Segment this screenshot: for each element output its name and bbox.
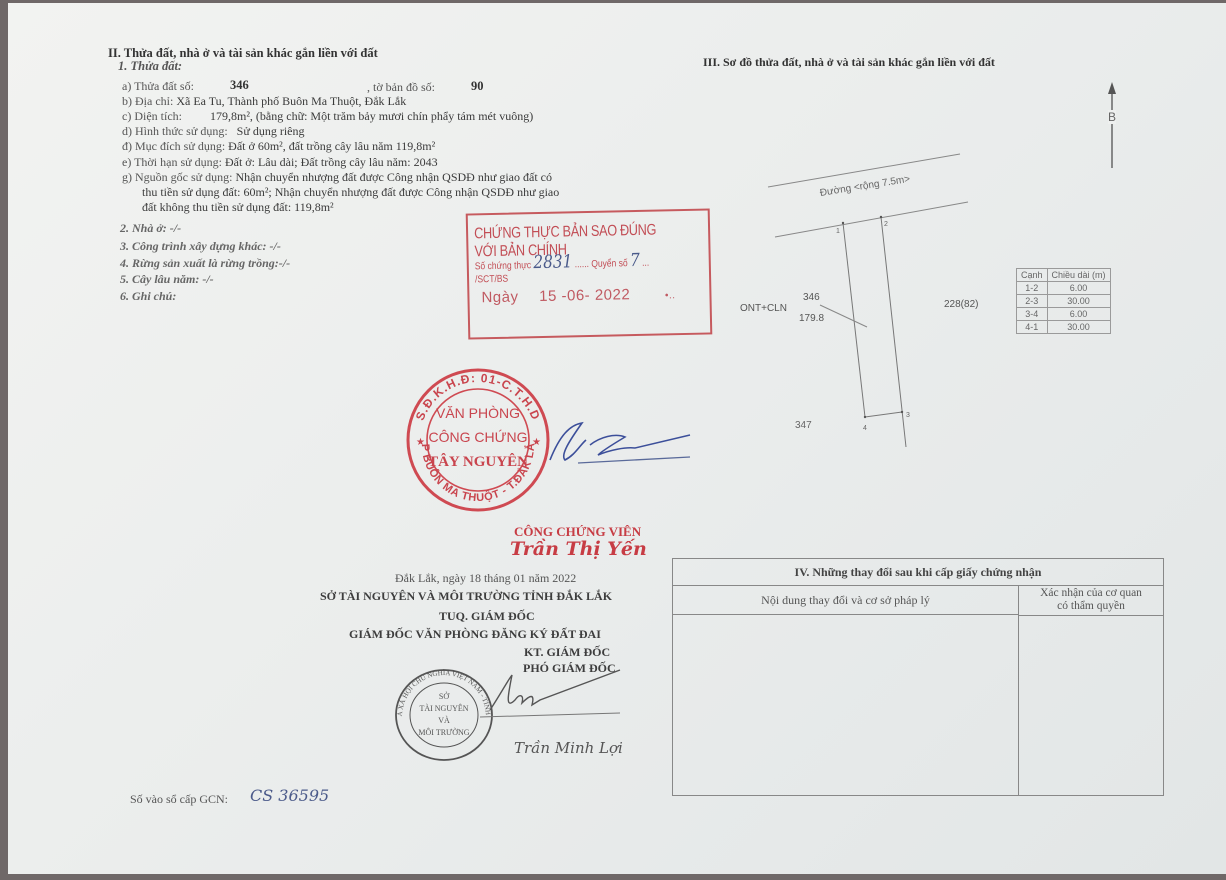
edge-table-header: CạnhChiều dài (m) <box>1017 269 1111 282</box>
area-row: c) Diện tích:179,8m², (bằng chữ: Một tră… <box>122 109 533 124</box>
edge-length-table: CạnhChiều dài (m) 1-26.00 2-330.00 3-46.… <box>1016 268 1111 334</box>
area-value: 179,8m², (bằng chữ: Một trăm bảy mươi ch… <box>210 109 533 123</box>
edge-table-row: 4-130.00 <box>1017 321 1111 334</box>
map-sheet-number: 90 <box>471 79 484 94</box>
purpose-row: đ) Mục đích sử dụng: Đất ở 60m², đất trồ… <box>122 139 435 154</box>
svg-text:★: ★ <box>416 437 425 448</box>
area-label: c) Diện tích: <box>122 109 182 123</box>
certification-number: 2831 <box>533 251 572 273</box>
neighbor-east-parcel: 228(82) <box>944 299 978 310</box>
item-notes: 6. Ghi chú: <box>120 289 176 304</box>
origin-line-2: thu tiền sử dụng đất: 60m²; Nhận chuyển … <box>142 185 559 200</box>
issuing-organization: SỞ TÀI NGUYÊN VÀ MÔI TRƯỜNG TỈNH ĐẮK LẮK <box>320 589 612 604</box>
origin-line-3: đất không thu tiền sử dụng đất: 119,8m² <box>142 200 334 215</box>
book-suffix: /SCT/BS <box>475 274 508 286</box>
north-arrow-icon <box>1100 80 1130 170</box>
parcel-number: 346 <box>230 78 249 93</box>
origin-label: g) Nguồn gốc sử dụng: <box>122 170 233 184</box>
diagram-parcel-number: 346 <box>803 292 820 303</box>
map-sheet-label: , tờ bản đồ số: <box>367 80 435 95</box>
changes-column-confirmation: Xác nhận của cơ quan có thẩm quyền <box>1019 586 1163 616</box>
changes-table: IV. Những thay đổi sau khi cấp giấy chứn… <box>672 558 1164 796</box>
usage-form-row: d) Hình thức sử dụng: Sử dụng riêng <box>122 124 305 139</box>
notary-signature <box>540 415 700 475</box>
deputy-name: Trần Minh Lợi <box>514 739 623 757</box>
address-label: b) Địa chỉ: <box>122 94 173 108</box>
neighbor-south-parcel: 347 <box>795 420 812 431</box>
section-4-title: IV. Những thay đổi sau khi cấp giấy chứn… <box>673 559 1163 586</box>
book-number: 7 <box>630 250 640 271</box>
changes-column-content: Nội dung thay đổi và cơ sở pháp lý <box>673 586 1019 615</box>
certification-date-row: Ngày 15 -06- 2022 •.. <box>481 285 675 306</box>
usage-form-label: d) Hình thức sử dụng: <box>122 124 228 138</box>
address-row: b) Địa chỉ: Xã Ea Tu, Thành phố Buôn Ma … <box>122 94 406 109</box>
issuance-date: Đắk Lắk, ngày 18 tháng 01 năm 2022 <box>395 571 576 586</box>
svg-text:SỞ: SỞ <box>439 691 450 701</box>
notary-seal-line-3: TÂY NGUYÊN <box>428 453 528 470</box>
parcel-label: a) Thửa đất số: <box>122 79 194 94</box>
land-use-code: ONT+CLN <box>740 303 787 314</box>
notary-seal-line-2: CÔNG CHỨNG <box>428 429 527 445</box>
svg-text:TÀI NGUYÊN: TÀI NGUYÊN <box>419 703 468 713</box>
section-2-sub-title: 1. Thửa đất: <box>118 59 182 74</box>
svg-text:MÔI TRƯỜNG: MÔI TRƯỜNG <box>418 727 469 737</box>
notary-seal: S.Đ.K.H.Đ: 01-C.T.H.D T.P BUÔN MA THUỘT … <box>400 365 560 515</box>
address-value: Xã Ea Tu, Thành phố Buôn Ma Thuột, Đắk L… <box>176 94 406 108</box>
book-label: Quyển số <box>591 258 628 270</box>
edge-table-row: 3-46.00 <box>1017 308 1111 321</box>
item-perennial-trees: 5. Cây lâu năm: -/- <box>120 272 214 287</box>
north-label: B <box>1108 110 1116 124</box>
vertex-3: 3 <box>906 412 910 419</box>
origin-row: g) Nguồn gốc sử dụng: Nhận chuyển nhượng… <box>122 170 552 185</box>
origin-line-1: Nhận chuyển nhượng đất được Công nhận QS… <box>236 170 552 184</box>
vertex-1: 1 <box>836 228 840 235</box>
gcn-entry-number: CS 36595 <box>250 786 329 805</box>
on-behalf-line: KT. GIÁM ĐỐC <box>524 645 610 660</box>
svg-text:VÀ: VÀ <box>438 715 450 725</box>
edge-table-row: 2-330.00 <box>1017 295 1111 308</box>
certification-number-row: Số chứng thực 2831 ...... Quyển số 7 ...… <box>475 249 675 285</box>
office-director-line: GIÁM ĐỐC VĂN PHÒNG ĐĂNG KÝ ĐẤT ĐAI <box>349 627 601 642</box>
gcn-entry-label: Số vào sổ cấp GCN: <box>130 792 228 807</box>
term-label: e) Thời hạn sử dụng: <box>122 155 222 169</box>
section-3-title: III. Sơ đồ thửa đất, nhà ở và tài sản kh… <box>703 55 995 70</box>
notary-name: Trần Thị Yến <box>510 538 647 560</box>
item-other-construction: 3. Công trình xây dựng khác: -/- <box>120 239 281 254</box>
diagram-parcel-area: 179.8 <box>799 313 824 324</box>
term-row: e) Thời hạn sử dụng: Đất ở: Lâu dài; Đất… <box>122 155 438 170</box>
purpose-label: đ) Mục đích sử dụng: <box>122 139 225 153</box>
term-value: Đất ở: Lâu dài; Đất trồng cây lâu năm: 2… <box>225 155 438 169</box>
changes-content-cell <box>673 615 1019 795</box>
purpose-value: Đất ở 60m², đất trồng cây lâu năm 119,8m… <box>228 139 435 153</box>
certification-number-label: Số chứng thực <box>475 260 531 272</box>
certified-copy-stamp: CHỨNG THỰC BẢN SAO ĐÚNG VỚI BẢN CHÍNH Số… <box>466 208 713 339</box>
usage-form-value: Sử dụng riêng <box>237 124 305 138</box>
deputy-signature <box>480 665 630 725</box>
edge-table-row: 1-26.00 <box>1017 282 1111 295</box>
item-production-forest: 4. Rừng sản xuất là rừng trồng:-/- <box>120 256 290 271</box>
vertex-2: 2 <box>884 221 888 228</box>
certification-date: 15 -06- 2022 <box>539 286 630 305</box>
certification-date-label: Ngày <box>481 288 518 306</box>
notary-seal-line-1: VĂN PHÒNG <box>436 405 520 421</box>
item-house: 2. Nhà ở: -/- <box>120 221 181 236</box>
vertex-4: 4 <box>863 425 867 432</box>
authorization-line: TUQ. GIÁM ĐỐC <box>439 609 535 624</box>
